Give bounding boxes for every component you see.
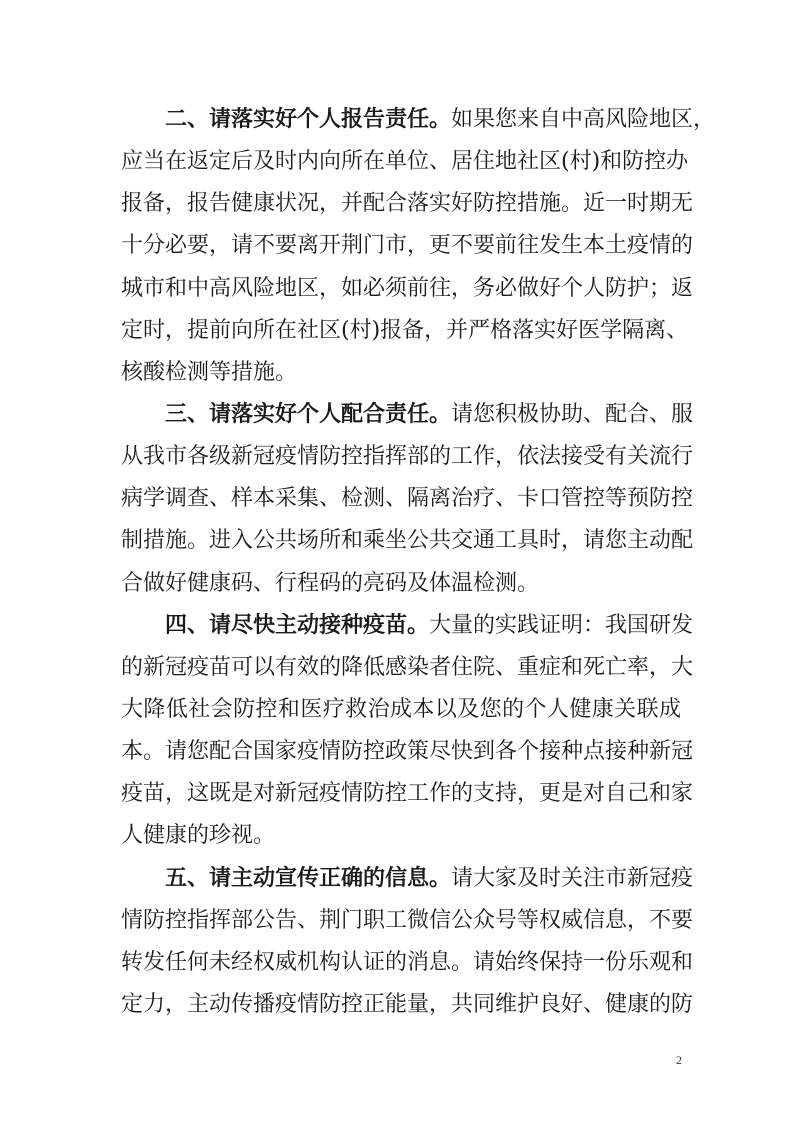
page-number: 2 bbox=[676, 1053, 682, 1067]
section-5-line: 情防控指挥部公告、荆门职工微信公众号等权威信息，不要 bbox=[121, 906, 681, 936]
section-4-line: 人健康的珍视。 bbox=[121, 821, 681, 851]
section-3-line: 合做好健康码、行程码的亮码及体温检测。 bbox=[121, 569, 681, 599]
section-2-line: 城市和中高风险地区，如必须前往，务必做好个人防护；返 bbox=[121, 274, 681, 304]
section-4-line: 疫苗，这既是对新冠疫情防控工作的支持，更是对自己和家 bbox=[121, 779, 681, 809]
section-4-heading: 四、请尽快主动接种疫苗。 bbox=[165, 613, 429, 638]
section-4-line: 的新冠疫苗可以有效的降低感染者住院、重症和死亡率，大 bbox=[121, 653, 681, 683]
section-3-heading: 三、请落实好个人配合责任。 bbox=[165, 402, 451, 427]
section-2-line: 定时，提前向所在社区(村)报备，并严格落实好医学隔离、 bbox=[121, 316, 681, 346]
section-5-heading: 五、请主动宣传正确的信息。 bbox=[165, 866, 451, 891]
section-3-first-line: 三、请落实好个人配合责任。请您积极协助、配合、服 bbox=[165, 400, 681, 430]
section-4-line: 本。请您配合国家疫情防控政策尽快到各个接种点接种新冠 bbox=[121, 737, 681, 767]
section-2-first-line: 二、请落实好个人报告责任。如果您来自中高风险地区， bbox=[165, 105, 681, 135]
document-page: 二、请落实好个人报告责任。如果您来自中高风险地区，应当在返定后及时内向所在单位、… bbox=[0, 0, 800, 1131]
section-5-line: 定力，主动传播疫情防控正能量，共同维护良好、健康的防 bbox=[121, 990, 681, 1020]
section-4-line: 大降低社会防控和医疗救治成本以及您的个人健康关联成 bbox=[121, 695, 681, 725]
section-5-line: 转发任何未经权威机构认证的消息。请始终保持一份乐观和 bbox=[121, 948, 681, 978]
section-2-line: 十分必要，请不要离开荆门市，更不要前往发生本土疫情的 bbox=[121, 231, 681, 261]
section-3-line: 制措施。进入公共场所和乘坐公共交通工具时，请您主动配 bbox=[121, 526, 681, 556]
section-3-line: 病学调查、样本采集、检测、隔离治疗、卡口管控等预防控 bbox=[121, 484, 681, 514]
section-2-heading: 二、请落实好个人报告责任。 bbox=[165, 107, 451, 132]
section-4-text: 大量的实践证明：我国研发 bbox=[429, 613, 693, 638]
section-3-text: 请您积极协助、配合、服 bbox=[451, 402, 693, 427]
section-2-line: 核酸检测等措施。 bbox=[121, 358, 681, 388]
section-5-text: 请大家及时关注市新冠疫 bbox=[451, 866, 693, 891]
section-5-first-line: 五、请主动宣传正确的信息。请大家及时关注市新冠疫 bbox=[165, 864, 681, 894]
section-2-text: 如果您来自中高风险地区， bbox=[451, 107, 715, 132]
section-2-line: 报备，报告健康状况，并配合落实好防控措施。近一时期无 bbox=[121, 189, 681, 219]
section-2-line: 应当在返定后及时内向所在单位、居住地社区(村)和防控办 bbox=[121, 147, 681, 177]
section-4-first-line: 四、请尽快主动接种疫苗。大量的实践证明：我国研发 bbox=[165, 611, 681, 641]
section-3-line: 从我市各级新冠疫情防控指挥部的工作，依法接受有关流行 bbox=[121, 442, 681, 472]
